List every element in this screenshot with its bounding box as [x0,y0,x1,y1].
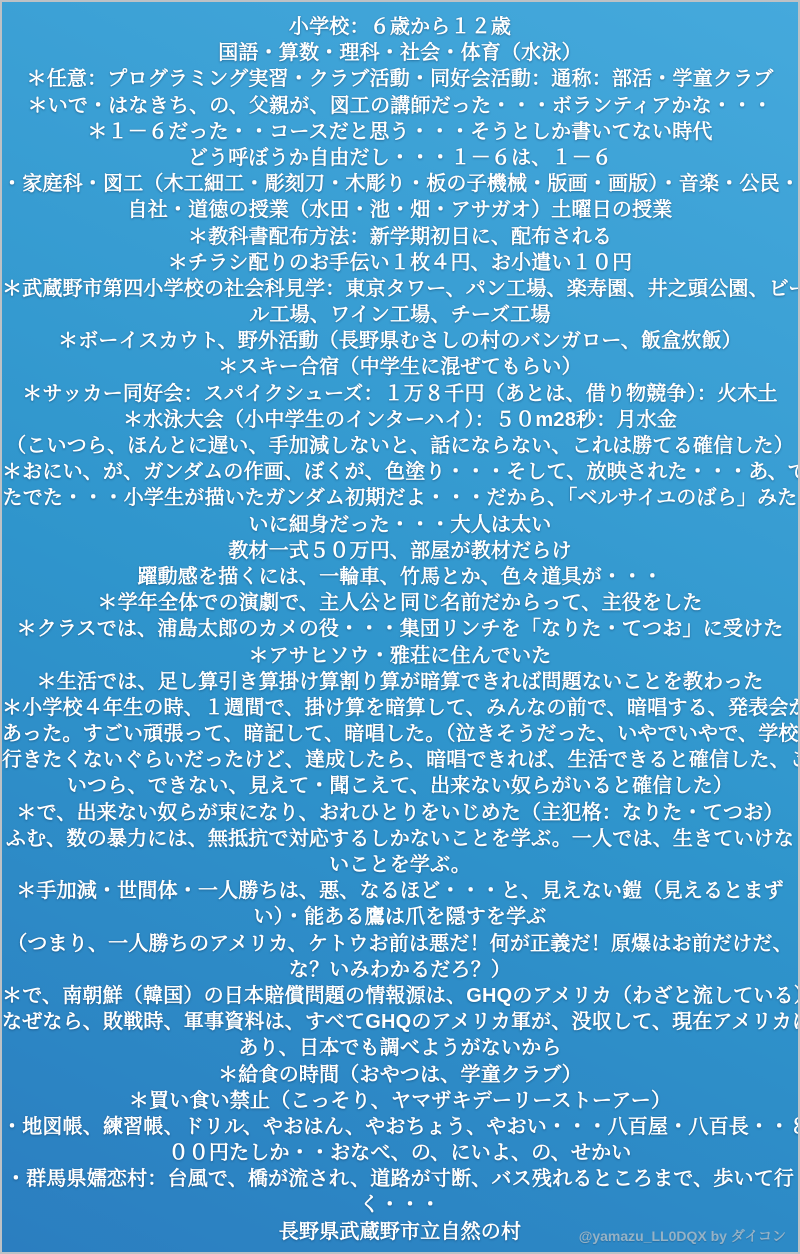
text-line: ＊買い食い禁止（こっそり、ヤマザキデーリーストーアー） [2,1088,798,1114]
text-line: （つまり、一人勝ちのアメリカ、ケトウお前は悪だ！何が正義だ！原爆はお前だけだ、 [2,931,798,957]
text-line: いことを学ぶ。 [2,852,798,878]
text-line: ふむ、数の暴力には、無抵抗で対応するしかないことを学ぶ。一人では、生きていけな [2,826,798,852]
text-line: ＊で、南朝鮮（韓国）の日本賠償問題の情報源は、GHQのアメリカ（わざと流している… [2,983,798,1009]
text-line: ＊サッカー同好会：スパイクシューズ：１万８千円（あとは、借り物競争）：火木土 [2,381,798,407]
text-line: いつら、できない、見えて・聞こえて、出来ない奴らがいると確信した） [2,773,798,799]
text-line: どう呼ぼうか自由だし・・・１－６は、１－６ [2,145,798,171]
text-line: ＊武蔵野市第四小学校の社会科見学：東京タワー、パン工場、楽寿園、井之頭公園、ビー [2,276,798,302]
text-line: ００円たしか・・おなべ、の、にいよ、の、せかい [2,1140,798,1166]
text-line: ＊クラスでは、浦島太郎のカメの役・・・集団リンチを「なりた・てつお」に受けた [2,616,798,642]
text-line: （こいつら、ほんとに遅い、手加減しないと、話にならない、これは勝てる確信した） [2,433,798,459]
text-line: ・家庭科・図工（木工細工・彫刻刀・木彫り・板の子機械・版画・画版）・音楽・公民・ [2,171,798,197]
text-line: 教材一式５０万円、部屋が教材だらけ [2,538,798,564]
text-line: ＊学年全体での演劇で、主人公と同じ名前だからって、主役をした [2,590,798,616]
text-line: たでた・・・小学生が描いたガンダム初期だよ・・・だから、「ベルサイユのばら」みた [2,485,798,511]
text-line: な？いみわかるだろ？） [2,957,798,983]
text-line: ＊ボーイスカウト、野外活動（長野県むさしの村のバンガロー、飯盒炊飯） [2,328,798,354]
text-line: ＊小学校４年生の時、１週間で、掛け算を暗算して、みんなの前で、暗唱する、発表会が [2,695,798,721]
text-line: ＊スキー合宿（中学生に混ぜてもらい） [2,354,798,380]
text-line: あった。すごい頑張って、暗記して、暗唱した。（泣きそうだった、いやでいやで、学校 [2,721,798,747]
text-line: い）・能ある鷹は爪を隠すを学ぶ [2,904,798,930]
text-line: ル工場、ワイン工場、チーズ工場 [2,302,798,328]
text-line: ＊おにい、が、ガンダムの作画、ぼくが、色塗り・・・そして、放映された・・・あ、で [2,459,798,485]
text-line: ＊給食の時間（おやつは、学童クラブ） [2,1062,798,1088]
watermark-credit: @yamazu_LL0DQX by ダイコン [579,1226,786,1246]
text-line: ＊いで・はなきち、の、父親が、図工の講師だった・・・ボランティアかな・・・ [2,93,798,119]
notes-page: 小学校：６歳から１２歳国語・算数・理科・社会・体育（水泳）＊任意：プログラミング… [0,0,800,1254]
text-line: ＊教科書配布方法：新学期初日に、配布される [2,224,798,250]
text-line: 行きたくないぐらいだったけど、達成したら、暗唱できれば、生活できると確信した、こ [2,747,798,773]
text-line: ・地図帳、練習帳、ドリル、やおはん、やおちょう、やおい・・・八百屋・八百長・・８ [2,1114,798,1140]
notes-text-block: 小学校：６歳から１２歳国語・算数・理科・社会・体育（水泳）＊任意：プログラミング… [2,2,798,1245]
text-line: いに細身だった・・・大人は太い [2,512,798,538]
text-line: 小学校：６歳から１２歳 [2,14,798,40]
text-line: ＊水泳大会（小中学生のインターハイ）：５０m28秒：月水金 [2,407,798,433]
text-line: ＊１－６だった・・コースだと思う・・・そうとしか書いてない時代 [2,119,798,145]
text-line: く・・・ [2,1192,798,1218]
text-line: ＊チラシ配りのお手伝い１枚４円、お小遣い１０円 [2,250,798,276]
text-line: ＊アサヒソウ・雅荘に住んでいた [2,643,798,669]
text-line: なぜなら、敗戦時、軍事資料は、すべてGHQのアメリカ軍が、没収して、現在アメリカ… [2,1009,798,1035]
text-line: あり、日本でも調べようがないから [2,1035,798,1061]
text-line: 国語・算数・理科・社会・体育（水泳） [2,40,798,66]
text-line: ＊任意：プログラミング実習・クラブ活動・同好会活動：通称：部活・学童クラブ [2,66,798,92]
text-line: ＊生活では、足し算引き算掛け算割り算が暗算できれば問題ないことを教わった [2,669,798,695]
text-line: 自社・道徳の授業（水田・池・畑・アサガオ）土曜日の授業 [2,197,798,223]
text-line: 躍動感を描くには、一輪車、竹馬とか、色々道具が・・・ [2,564,798,590]
text-line: ＊手加減・世間体・一人勝ちは、悪、なるほど・・・と、見えない鎧（見えるとまず [2,878,798,904]
text-line: ・群馬県嬬恋村：台風で、橋が流され、道路が寸断、バス残れるところまで、歩いて行 [2,1166,798,1192]
text-line: ＊で、出来ない奴らが束になり、おれひとりをいじめた（主犯格：なりた・てつお） [2,800,798,826]
